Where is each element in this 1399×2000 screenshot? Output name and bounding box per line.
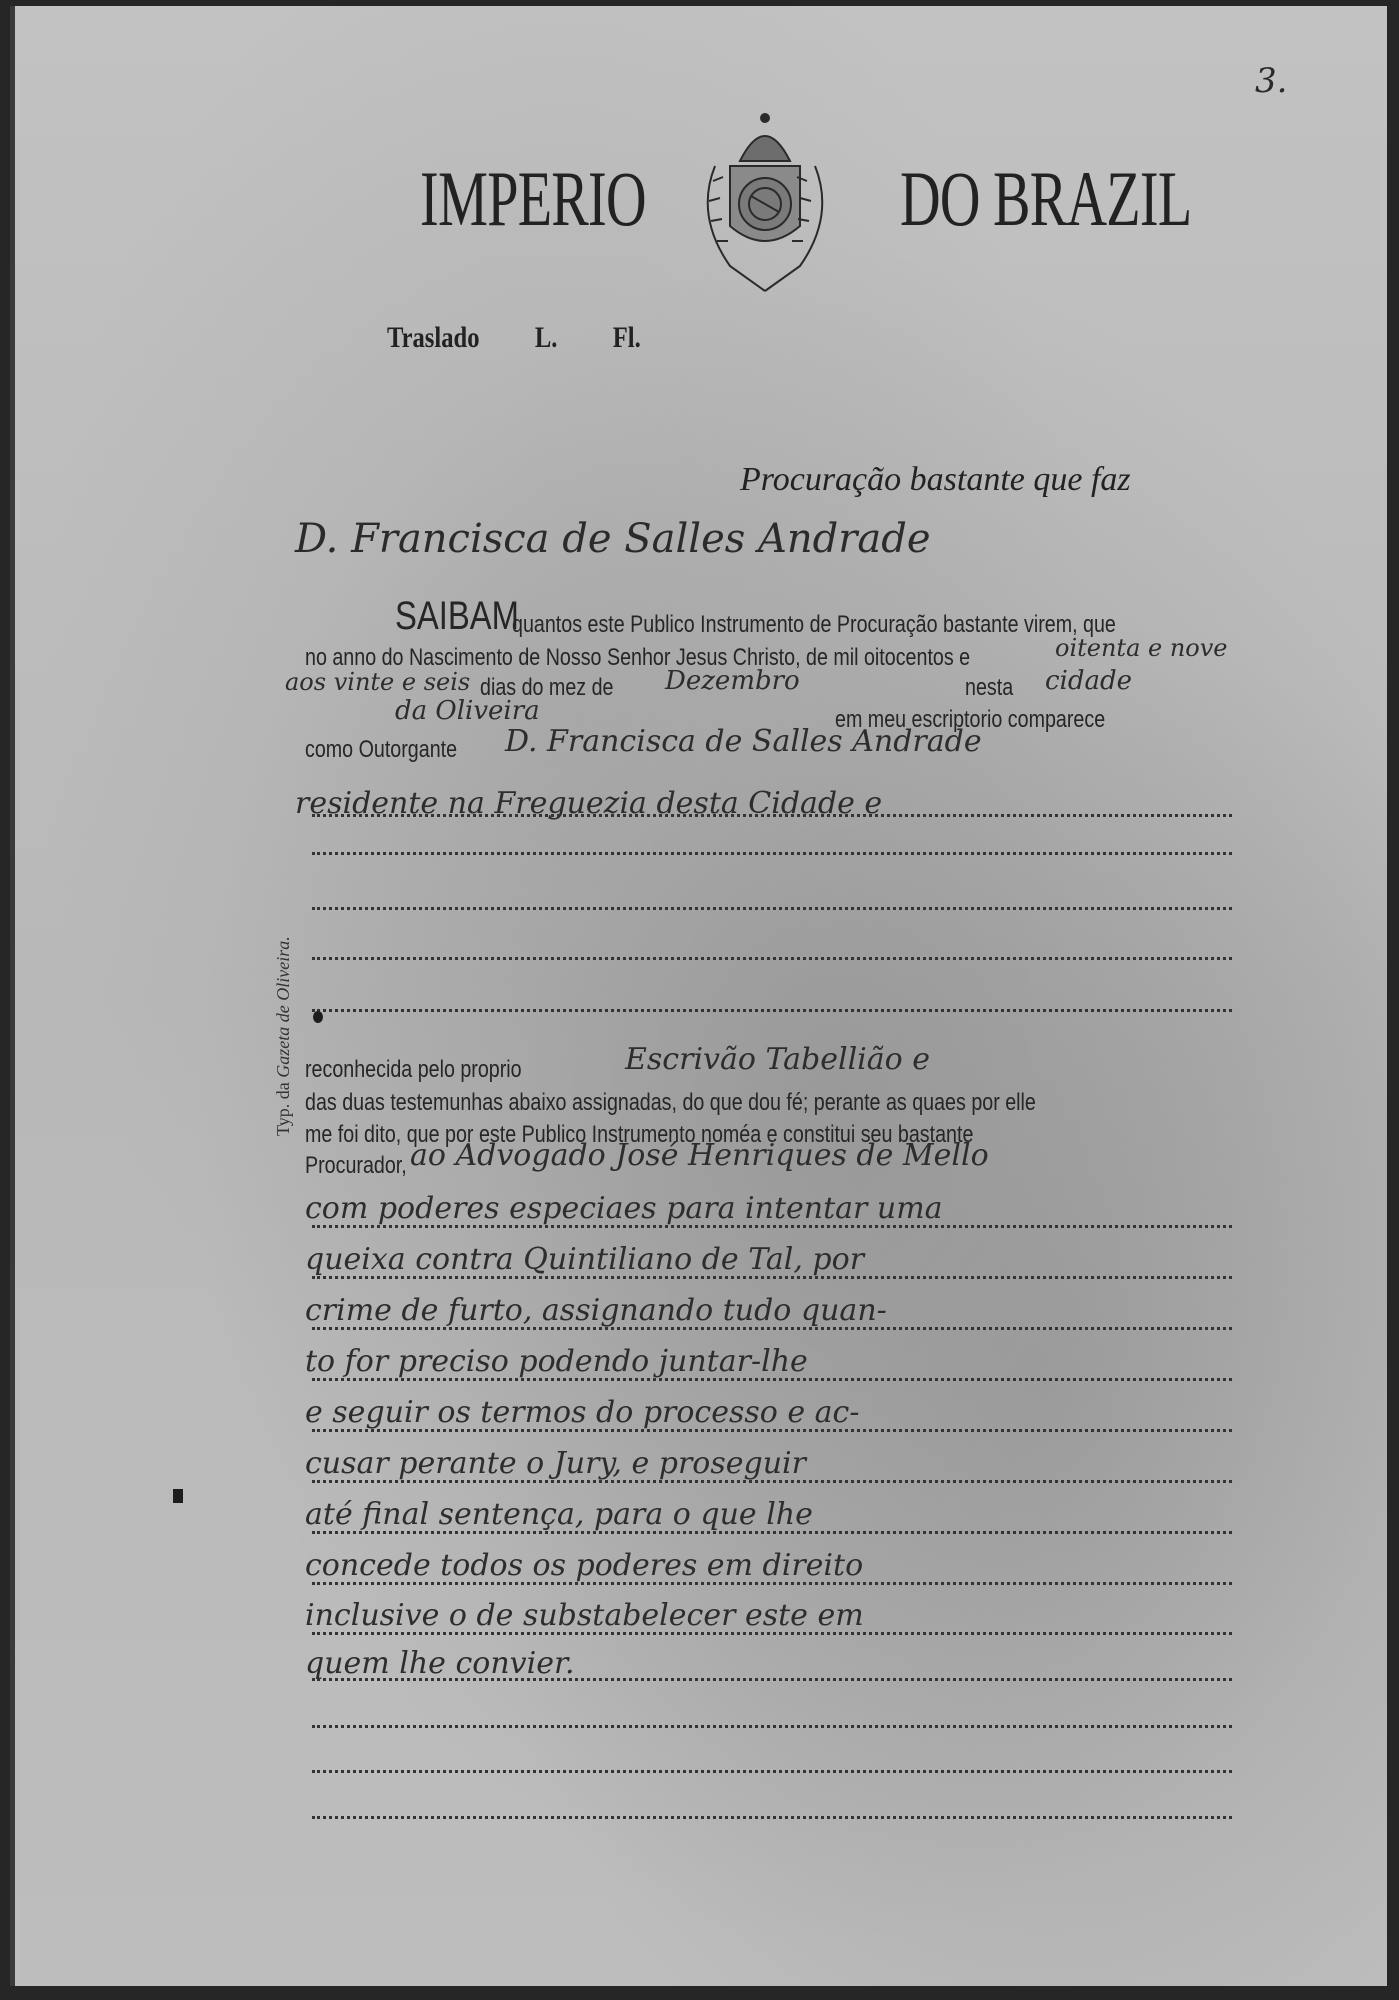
printer-imprint: Typ. da Gazeta de Oliveira. (273, 936, 294, 1136)
powers-line-3: crime de furto, assignando tudo quan- (305, 1293, 887, 1328)
powers-line-1: com poderes especiaes para intentar uma (305, 1191, 943, 1226)
dotted-rule (312, 907, 1232, 910)
powers-line-2: queixa contra Quintiliano de Tal, por (305, 1242, 864, 1277)
powers-line-4: to for preciso podendo juntar-lhe (305, 1344, 808, 1379)
printed-line-4: nesta (965, 674, 1013, 702)
powers-line-8: concede todos os poderes em direito (305, 1548, 863, 1583)
dotted-rule (312, 1531, 1232, 1534)
traslado-line: Traslado L. Fl. (387, 321, 690, 355)
dotted-rule (312, 1632, 1232, 1635)
handwritten-attorney: ao Advogado José Henriques de Mello (410, 1138, 989, 1173)
powers-line-10: quem lhe convier. (305, 1646, 575, 1681)
margin-ink-mark (173, 1489, 183, 1503)
handwritten-recognizer: Escrivão Tabellião e (625, 1042, 930, 1077)
printed-line-1: quantos este Publico Instrumento de Proc… (512, 611, 1116, 639)
powers-line-5: e seguir os termos do processo e ac- (305, 1395, 860, 1430)
printed-line-6: como Outorgante (305, 736, 457, 764)
dotted-rule (312, 1276, 1232, 1279)
handwritten-year: oitenta e nove (1055, 634, 1228, 662)
handwritten-grantor: D. Francisca de Salles Andrade (505, 724, 982, 759)
folio-number: 3. (1255, 61, 1287, 101)
title-do-brazil: DO BRAZIL (900, 154, 1191, 244)
powers-line-9: inclusive o de substabelecer este em (305, 1598, 864, 1633)
recognition-line-4: Procurador, (305, 1152, 407, 1180)
recognition-line-2: das duas testemunhas abaixo assignadas, … (305, 1089, 1036, 1117)
dotted-rule (312, 1725, 1232, 1728)
handwritten-month: Dezembro (665, 666, 800, 696)
powers-line-6: cusar perante o Jury, e proseguir (305, 1446, 806, 1481)
powers-line-7: até final sentença, para o que lhe (305, 1497, 813, 1532)
traslado-label: Traslado (387, 321, 479, 354)
saibam-word: SAIBAM (395, 594, 519, 639)
document-page: 3. IMPERIO DO BRAZIL Traslado L. Fl. Pro… (10, 6, 1387, 1986)
dotted-rule (312, 1327, 1232, 1330)
handwritten-place: cidade (1045, 666, 1132, 696)
dotted-rule (312, 1678, 1232, 1681)
dotted-rule (312, 1429, 1232, 1432)
title-imperio: IMPERIO (420, 154, 646, 244)
dotted-rule (312, 1480, 1232, 1483)
dotted-rule (312, 852, 1232, 855)
dotted-rule (312, 814, 1232, 817)
recognition-line-1: reconhecida pelo proprio (305, 1056, 522, 1084)
dotted-rule (312, 957, 1232, 960)
handwritten-day: aos vinte e seis (285, 668, 470, 696)
imperial-crest-icon (685, 106, 845, 296)
folha-label: Fl. (613, 321, 641, 354)
dotted-rule (312, 1225, 1232, 1228)
dotted-rule (312, 1582, 1232, 1585)
grantor-name-heading: D. Francisca de Salles Andrade (295, 516, 931, 562)
handwritten-place-2: da Oliveira (395, 696, 540, 726)
dotted-rule (312, 1816, 1232, 1819)
dotted-rule (312, 1770, 1232, 1773)
document-subtitle: Procuração bastante que faz (740, 461, 1131, 499)
dotted-rule (312, 1378, 1232, 1381)
dotted-rule (312, 1009, 1232, 1012)
livro-label: L. (535, 321, 558, 354)
margin-bullet (313, 1011, 323, 1023)
